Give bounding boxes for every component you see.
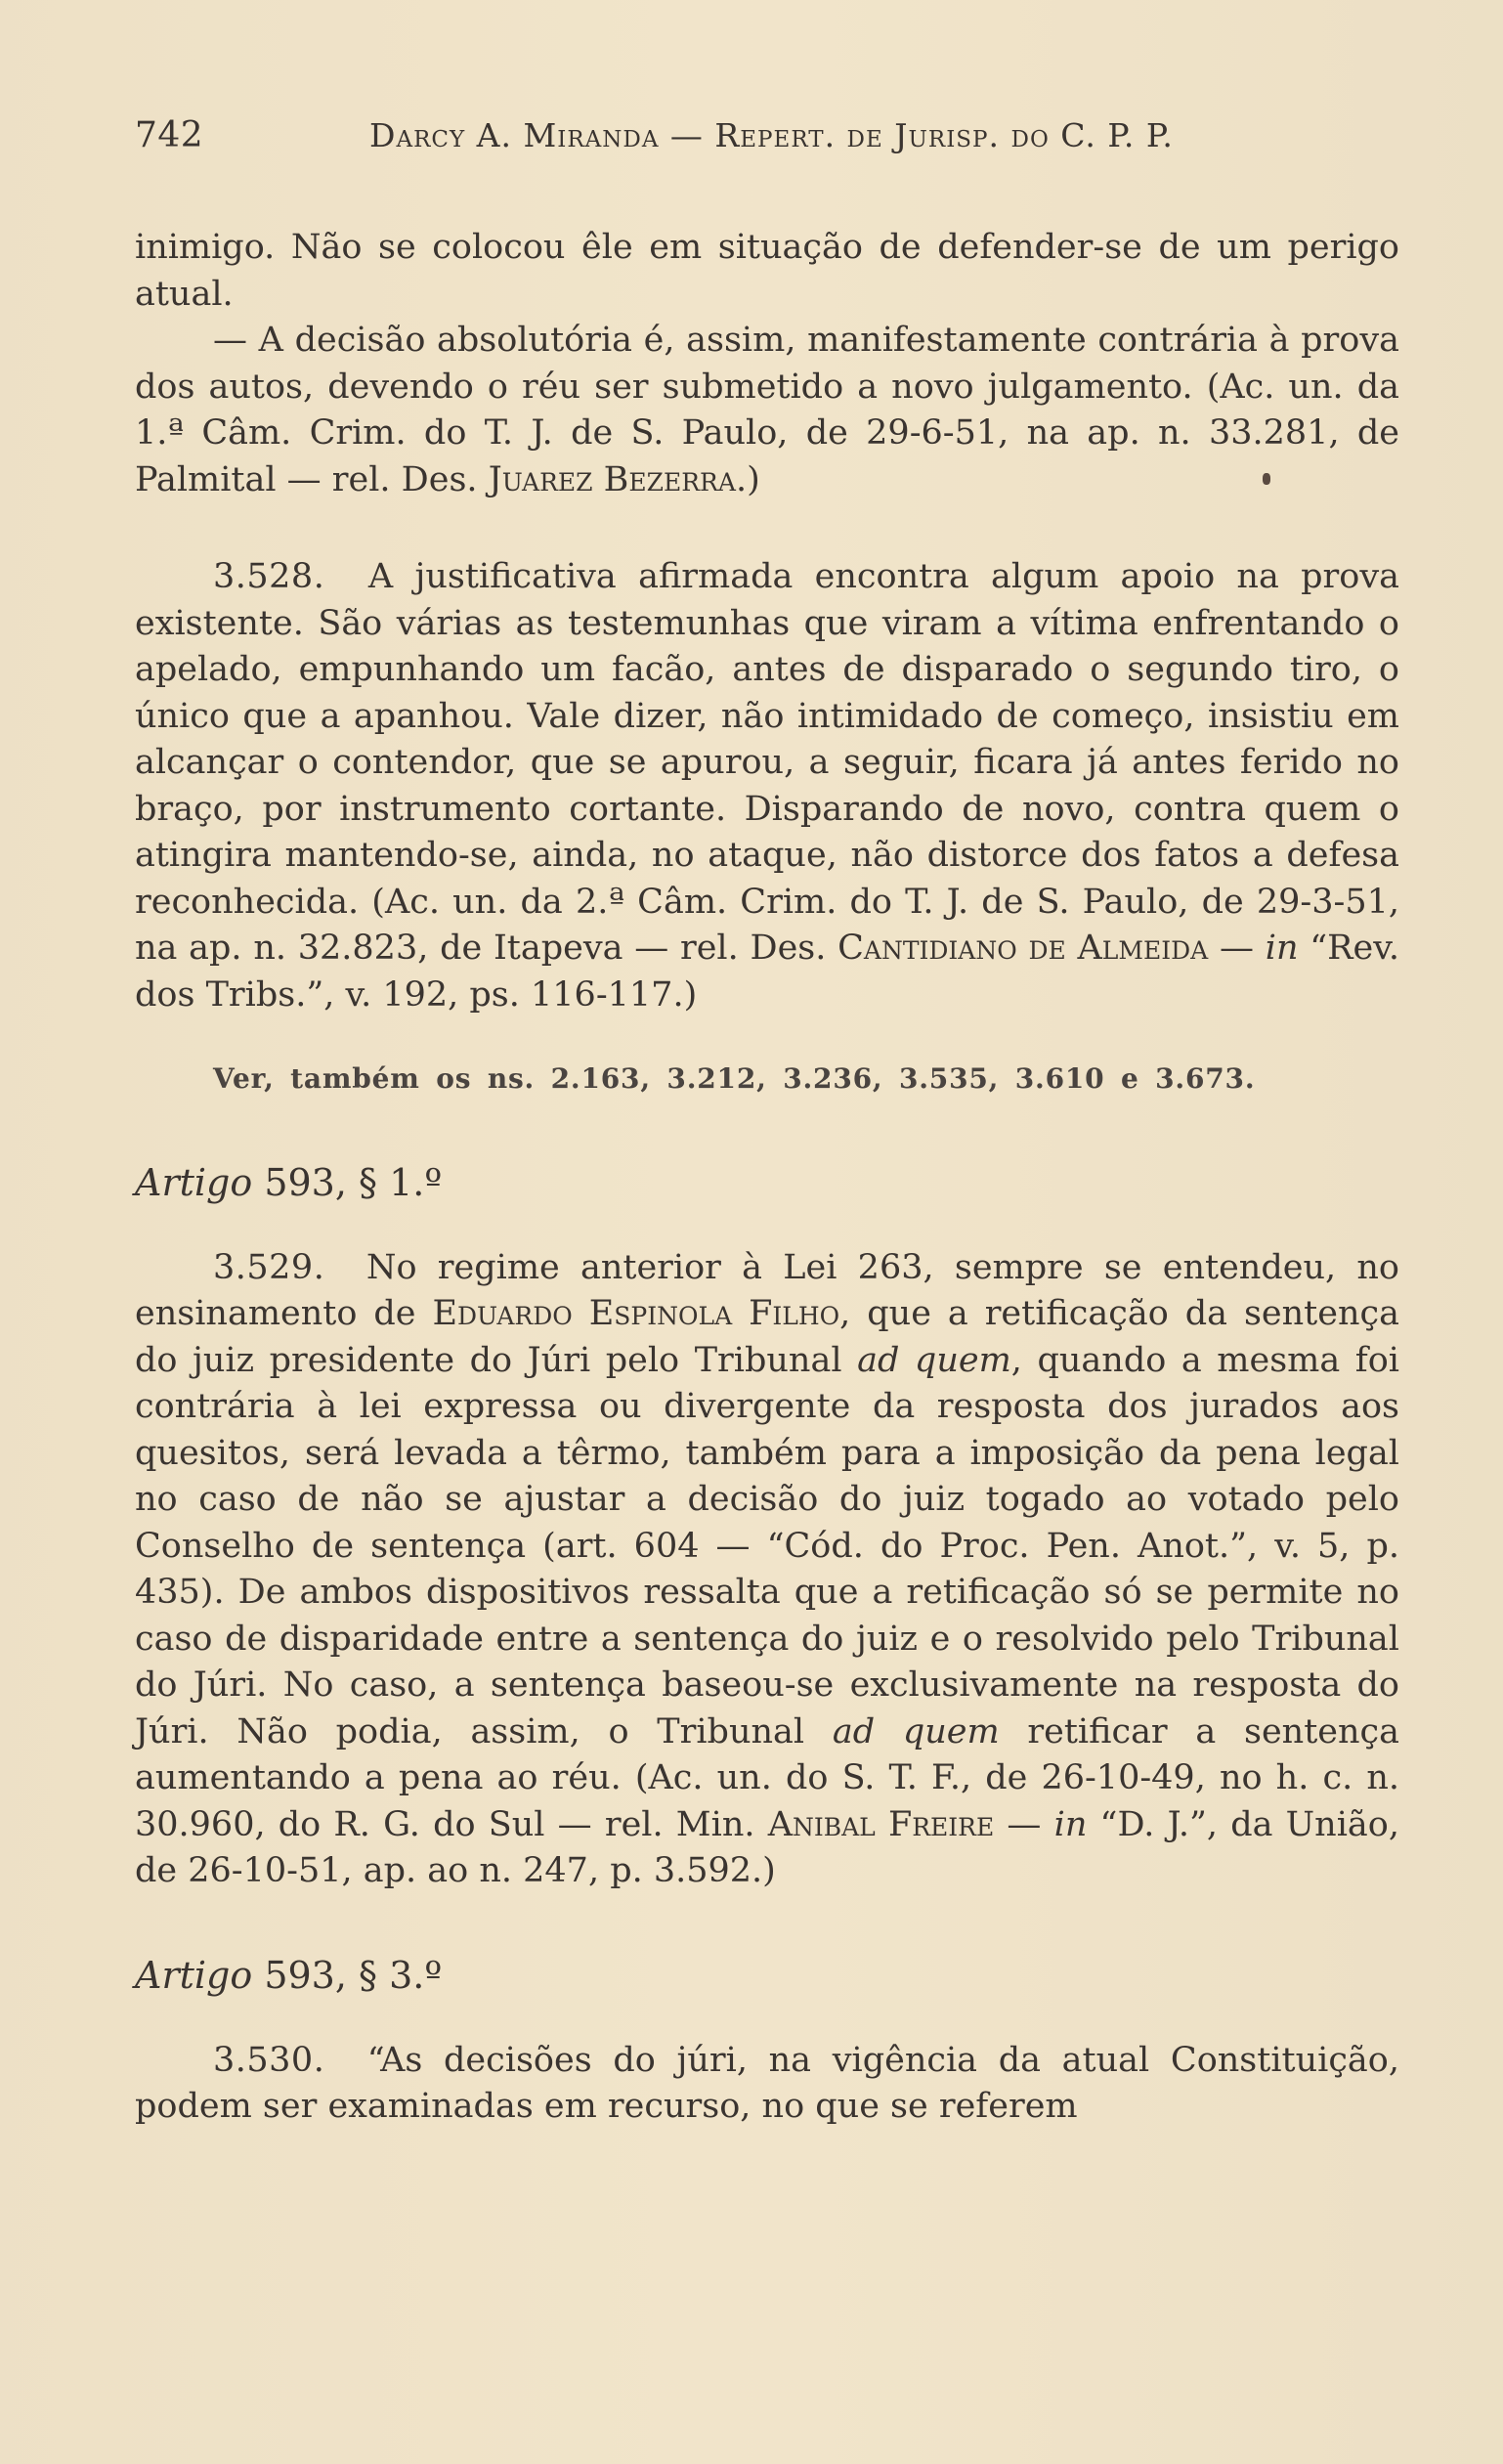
entry-3529: 3.529. No regime anterior à Lei 263, sem… xyxy=(135,1245,1399,1895)
author-name: Eduardo Espinola Filho xyxy=(432,1294,839,1333)
entry-3528: 3.528. A justificativa afirmada encontra… xyxy=(135,554,1399,1018)
decision-paragraph: — A decisão absolutória é, assim, manife… xyxy=(135,318,1399,503)
entry-number: 3.528. xyxy=(213,557,324,596)
article-heading-593-3: Artigo 593, § 3.º xyxy=(135,1952,1399,1999)
see-also-note: Ver, também os ns. 2.163, 3.212, 3.236, … xyxy=(135,1056,1399,1102)
page-number: 742 xyxy=(135,115,369,155)
entry-number: 3.530. xyxy=(213,2041,324,2080)
judge-name: Cantidiano de Almeida xyxy=(837,929,1208,968)
body-text: inimigo. Não se colocou êle em situação … xyxy=(135,225,1399,2131)
continuation-paragraph: inimigo. Não se colocou êle em situação … xyxy=(135,225,1399,318)
judge-name: Juarez Bezerra xyxy=(489,460,736,499)
entry-3530: 3.530. “As decisões do júri, na vigência… xyxy=(135,2038,1399,2131)
print-speck xyxy=(1263,473,1270,485)
minister-name: Anibal Freire xyxy=(768,1805,995,1844)
entry-number: 3.529. xyxy=(213,1248,324,1287)
running-title: Darcy A. Miranda — Repert. de Jurisp. do… xyxy=(369,116,1174,154)
article-heading-593-1: Artigo 593, § 1.º xyxy=(135,1159,1399,1206)
book-page: 742 Darcy A. Miranda — Repert. de Jurisp… xyxy=(135,115,1399,2131)
running-header: 742 Darcy A. Miranda — Repert. de Jurisp… xyxy=(135,115,1399,174)
